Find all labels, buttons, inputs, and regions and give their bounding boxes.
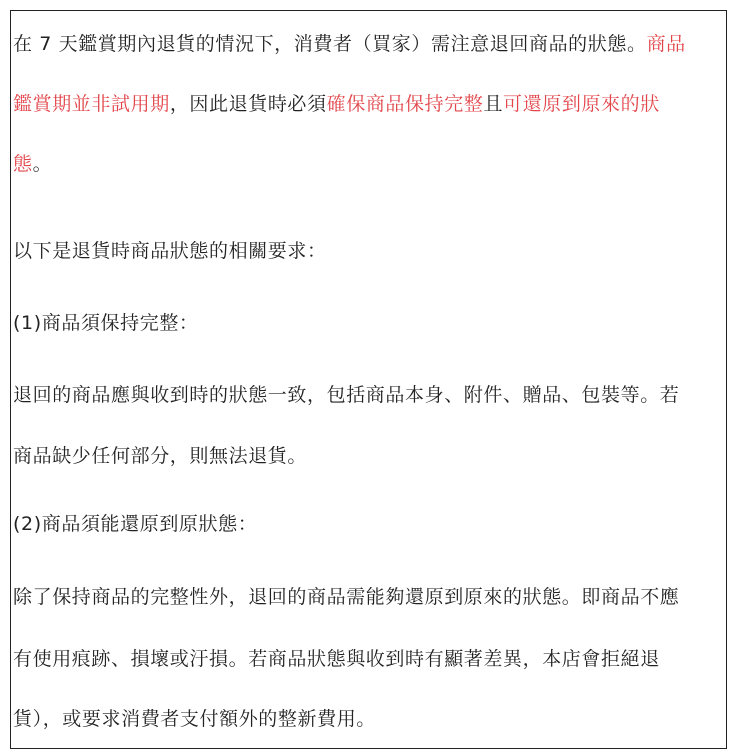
requirement-1-body-line-2: 商品缺少任何部分，則無法退貨。 xyxy=(13,444,307,468)
intro-text: 。 xyxy=(33,153,53,175)
intro-text: 且 xyxy=(483,93,503,115)
intro-line-3: 態。 xyxy=(13,152,52,176)
requirements-heading: 以下是退貨時商品狀態的相關要求： xyxy=(13,239,327,263)
intro-line-1: 在 7 天鑑賞期內退貨的情況下，消費者（買家）需注意退回商品的狀態。商品 xyxy=(13,32,686,56)
requirement-2-body-line-1: 除了保持商品的完整性外，退回的商品需能夠還原到原來的狀態。即商品不應 xyxy=(13,585,679,609)
requirement-2-title: (2)商品須能還原到原狀態： xyxy=(13,512,257,536)
intro-text: ，因此退貨時必須 xyxy=(170,93,327,115)
requirement-1-title: (1)商品須保持完整： xyxy=(13,311,199,335)
highlight-text: 態 xyxy=(13,153,33,175)
highlight-text: 商品 xyxy=(647,33,686,55)
intro-line-2: 鑑賞期並非試用期，因此退貨時必須確保商品保持完整且可還原到原來的狀 xyxy=(13,92,660,116)
highlight-text: 可還原到原來的狀 xyxy=(503,93,660,115)
intro-text: 在 7 天鑑賞期內退貨的情況下，消費者（買家）需注意退回商品的狀態。 xyxy=(13,33,647,55)
highlight-text: 確保商品保持完整 xyxy=(327,93,484,115)
highlight-text: 鑑賞期並非試用期 xyxy=(13,93,170,115)
requirement-2-body-line-2: 有使用痕跡、損壞或汙損。若商品狀態與收到時有顯著差異，本店會拒絕退 xyxy=(13,647,660,671)
document-box: 在 7 天鑑賞期內退貨的情況下，消費者（買家）需注意退回商品的狀態。商品 鑑賞期… xyxy=(10,10,727,749)
requirement-1-body-line-1: 退回的商品應與收到時的狀態一致，包括商品本身、附件、贈品、包裝等。若 xyxy=(13,383,679,407)
requirement-2-body-line-3: 貨），或要求消費者支付額外的整新費用。 xyxy=(13,707,376,731)
